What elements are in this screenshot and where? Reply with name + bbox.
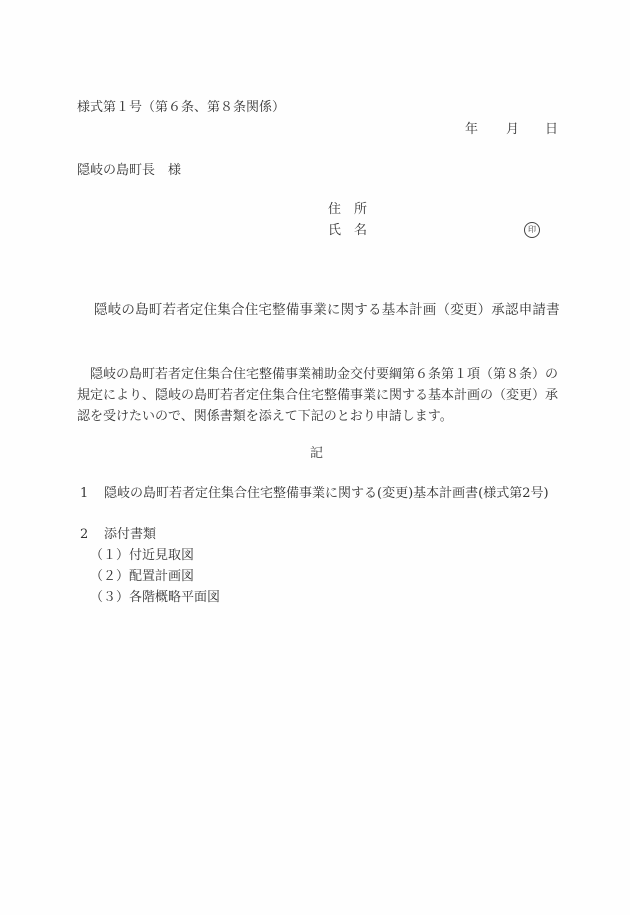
date-day-label: 日 (545, 123, 558, 136)
address-label: 住 所 (328, 203, 367, 216)
date-month-label: 月 (506, 123, 519, 136)
sub-item-layout-plan: （２）配置計画図 (90, 570, 194, 583)
document-page: 様式第１号（第６条、第８条関係） 年 月 日 隠岐の島町長 様 住 所 氏 名 … (0, 0, 630, 915)
name-label: 氏 名 (328, 224, 367, 237)
body-paragraph: 隠岐の島町若者定住集合住宅整備事業補助金交付要綱第６条第１項（第８条）の 規定に… (77, 364, 557, 427)
form-number: 様式第１号（第６条、第８条関係） (77, 101, 285, 114)
body-line: 隠岐の島町若者定住集合住宅整備事業補助金交付要綱第６条第１項（第８条）の (77, 364, 557, 385)
ki-heading: 記 (310, 447, 323, 460)
body-line: 認を受けたいので、関係書類を添えて下記のとおり申請します。 (77, 406, 557, 427)
sub-item-vicinity-map: （１）付近見取図 (90, 549, 194, 562)
list-item-1: 1隠岐の島町若者定住集合住宅整備事業に関する(変更)基本計画書(様式第2号) (80, 487, 549, 500)
item-text: 隠岐の島町若者定住集合住宅整備事業に関する(変更)基本計画書(様式第2号) (104, 486, 549, 501)
date-year-label: 年 (465, 123, 478, 136)
document-title: 隠岐の島町若者定住集合住宅整備事業に関する基本計画（変更）承認申請書 (94, 304, 560, 318)
item-text: 添付書類 (104, 527, 156, 542)
seal-icon: 印 (524, 222, 540, 238)
list-item-2: 2添付書類 (80, 528, 156, 541)
sub-item-floor-plans: （３）各階概略平面図 (90, 591, 220, 604)
item-number: 1 (80, 487, 104, 500)
addressee: 隠岐の島町長 様 (77, 164, 181, 177)
body-line: 規定により、隠岐の島町若者定住集合住宅整備事業に関する基本計画の（変更）承 (77, 385, 557, 406)
item-number: 2 (80, 528, 104, 541)
